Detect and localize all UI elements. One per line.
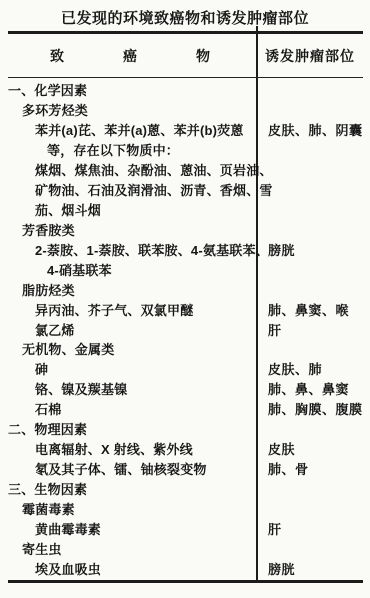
carcinogen-cell: 4-硝基联苯 [8, 260, 257, 279]
tumor-site-cell: 膀胱 [257, 240, 363, 259]
table-row: 寄生虫 [8, 538, 363, 558]
table-row: 砷皮肤、肺 [8, 359, 363, 379]
header-char: 物 [196, 46, 210, 66]
tumor-site-cell: 皮肤、肺 [257, 359, 363, 378]
tumor-site-cell: 肝 [257, 519, 363, 538]
table-row: 黄曲霉毒素肝 [8, 518, 363, 538]
carcinogen-cell: 氡及其子体、镭、铀核裂变物 [8, 459, 257, 478]
table-row: 芳香胺类 [8, 219, 363, 239]
tumor-site-cell: 肝 [257, 320, 363, 339]
table-row: 4-硝基联苯 [8, 259, 363, 279]
table-row: 煤烟、煤焦油、杂酚油、蒽油、页岩油、 [8, 160, 363, 180]
carcinogen-cell: 茄、烟斗烟 [8, 200, 257, 219]
carcinogen-table: 致 癌 物 诱发肿瘤部位 一、化学因素多环芳烃类苯并(a)芘、苯并(a)蒽、苯并… [8, 31, 363, 583]
table-row: 矿物油、石油及润滑油、沥青、香烟、雪 [8, 180, 363, 200]
carcinogen-cell: 无机物、金属类 [8, 339, 257, 358]
page-title: 已发现的环境致癌物和诱发肿瘤部位 [0, 7, 370, 28]
table-row: 2-萘胺、1-萘胺、联苯胺、4-氨基联苯、膀胱 [8, 239, 363, 259]
table-row: 氡及其子体、镭、铀核裂变物肺、骨 [8, 459, 363, 479]
table-row: 霉菌毒素 [8, 498, 363, 518]
carcinogen-cell: 二、物理因素 [8, 419, 257, 438]
table-row: 二、物理因素 [8, 419, 363, 439]
carcinogen-cell: 砷 [8, 359, 257, 378]
carcinogen-cell: 寄生虫 [8, 539, 257, 558]
table-row: 无机物、金属类 [8, 339, 363, 359]
header-char: 癌 [123, 46, 137, 66]
header-char: 致 [50, 46, 64, 66]
carcinogen-cell: 三、生物因素 [8, 479, 257, 498]
carcinogen-cell: 矿物油、石油及润滑油、沥青、香烟、雪 [8, 180, 257, 199]
table-row: 脂肪烃类 [8, 279, 363, 299]
tumor-site-cell: 皮肤、肺、阴囊 [257, 120, 363, 139]
carcinogen-cell: 氯乙烯 [8, 320, 257, 339]
carcinogen-cell: 霉菌毒素 [8, 499, 257, 518]
table-row: 氯乙烯肝 [8, 319, 363, 339]
carcinogen-cell: 电离辐射、X 射线、紫外线 [8, 439, 257, 458]
table-header-row: 致 癌 物 诱发肿瘤部位 [8, 34, 363, 78]
carcinogen-cell: 一、化学因素 [8, 80, 257, 99]
carcinogen-cell: 石棉 [8, 399, 257, 418]
header-carcinogen-column: 致 癌 物 [8, 46, 257, 66]
carcinogen-cell: 苯并(a)芘、苯并(a)蒽、苯并(b)荧蒽 [8, 120, 257, 139]
tumor-site-cell: 膀胱 [257, 559, 363, 578]
scanned-document-page: 已发现的环境致癌物和诱发肿瘤部位 致 癌 物 诱发肿瘤部位 一、化学因素多环芳烃… [0, 0, 370, 598]
carcinogen-cell: 脂肪烃类 [8, 280, 257, 299]
carcinogen-cell: 铬、镍及羰基镍 [8, 379, 257, 398]
carcinogen-cell: 2-萘胺、1-萘胺、联苯胺、4-氨基联苯、 [8, 240, 257, 259]
carcinogen-cell: 煤烟、煤焦油、杂酚油、蒽油、页岩油、 [8, 160, 257, 179]
carcinogen-cell: 多环芳烃类 [8, 100, 257, 119]
table-row: 三、生物因素 [8, 478, 363, 498]
carcinogen-cell: 芳香胺类 [8, 220, 257, 239]
header-carcinogen-label: 致 癌 物 [50, 46, 210, 66]
tumor-site-cell: 皮肤 [257, 439, 363, 458]
table-row: 异丙油、芥子气、双氯甲醚肺、鼻窦、喉 [8, 299, 363, 319]
table-row: 等，存在以下物质中： [8, 140, 363, 160]
table-row: 铬、镍及羰基镍肺、鼻、鼻窦 [8, 379, 363, 399]
table-row: 苯并(a)芘、苯并(a)蒽、苯并(b)荧蒽皮肤、肺、阴囊 [8, 120, 363, 140]
tumor-site-cell: 肺、胸膜、腹膜 [257, 399, 363, 418]
header-tumor-site-column: 诱发肿瘤部位 [257, 46, 363, 66]
carcinogen-cell: 黄曲霉毒素 [8, 519, 257, 538]
carcinogen-cell: 异丙油、芥子气、双氯甲醚 [8, 300, 257, 319]
tumor-site-cell: 肺、骨 [257, 459, 363, 478]
carcinogen-cell: 埃及血吸虫 [8, 559, 257, 578]
carcinogen-cell: 等，存在以下物质中： [8, 140, 257, 159]
tumor-site-cell: 肺、鼻窦、喉 [257, 300, 363, 319]
table-row: 多环芳烃类 [8, 100, 363, 120]
table-row: 埃及血吸虫膀胱 [8, 558, 363, 578]
table-body: 一、化学因素多环芳烃类苯并(a)芘、苯并(a)蒽、苯并(b)荧蒽皮肤、肺、阴囊等… [8, 78, 363, 580]
tumor-site-cell: 肺、鼻、鼻窦 [257, 379, 363, 398]
table-row: 一、化学因素 [8, 80, 363, 100]
table-row: 茄、烟斗烟 [8, 200, 363, 220]
table-row: 石棉肺、胸膜、腹膜 [8, 399, 363, 419]
table-row: 电离辐射、X 射线、紫外线皮肤 [8, 439, 363, 459]
